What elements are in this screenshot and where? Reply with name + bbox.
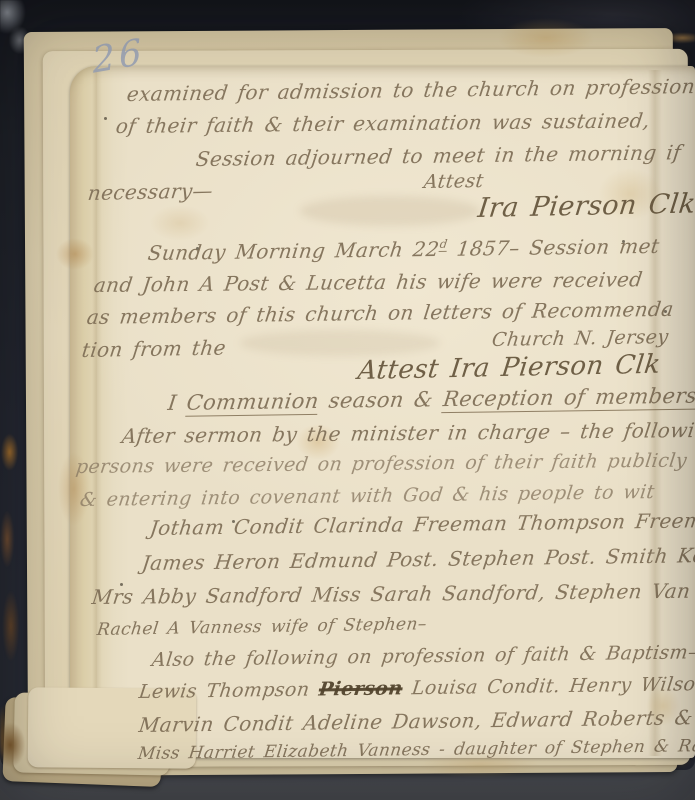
manuscript-line: Attest Ira Pierson Clk — [356, 350, 662, 386]
manuscript-line-part: Pierson — [318, 677, 404, 700]
manuscript-line-part: Louisa Condit. Henry Wilson. Jotham, — [401, 672, 695, 700]
manuscript-line: Ira Pierson Clk — [476, 188, 695, 224]
manuscript-line: & entering into covenant with God & his … — [79, 481, 656, 511]
manuscript-line: Lewis Thompson Pierson Louisa Condit. He… — [138, 672, 695, 703]
manuscript-photo: 26 examined for admission to the church … — [0, 0, 695, 800]
manuscript-line: tion from the — [81, 335, 228, 362]
manuscript-line: Sunday Morning March 22d 1857– Session m… — [146, 234, 661, 265]
manuscript-line: Also the following on profession of fait… — [151, 641, 695, 671]
manuscript-line: Miss Harriet Elizabeth Vanness - daughte… — [137, 736, 695, 764]
manuscript-line-part: Reception of members — [441, 384, 695, 414]
manuscript-line: Attest — [423, 170, 485, 193]
manuscript-line: necessary— — [87, 178, 215, 205]
manuscript-line: persons were received on profession of t… — [75, 449, 695, 478]
manuscript-line-part: Lewis Thompson — [138, 678, 321, 703]
manuscript-line: examined for admission to the church on … — [125, 74, 695, 106]
handwritten-text-layer: examined for admission to the church on … — [0, 0, 695, 800]
manuscript-line: Church N. Jersey — [491, 326, 670, 351]
manuscript-line: I Communion season & Reception of member… — [166, 384, 695, 415]
manuscript-line: of their faith & their examination was s… — [114, 108, 651, 138]
manuscript-line: Mrs Abby Sandford Miss Sarah Sandford, S… — [90, 578, 695, 609]
manuscript-line-part: 1857– Session met — [446, 234, 661, 261]
manuscript-line: Marvin Condit Adeline Dawson, Edward Rob… — [137, 705, 694, 737]
manuscript-line: After sermon by the minister in charge –… — [120, 418, 695, 448]
manuscript-line-part: Communion — [185, 389, 320, 417]
manuscript-line: and John A Post & Lucetta his wife were … — [92, 267, 644, 297]
manuscript-line-part: Sunday Morning March 22 — [146, 237, 440, 265]
manuscript-line-part: season & — [317, 387, 444, 413]
manuscript-line: as members of this church on letters of … — [85, 297, 675, 329]
manuscript-line: Rachel A Vanness wife of Stephen– — [96, 614, 428, 640]
manuscript-line: Jotham Condit Clarinda Freeman Thompson … — [148, 508, 695, 540]
manuscript-line: James Heron Edmund Post. Stephen Post. S… — [140, 542, 695, 575]
manuscript-line: Session adjourned to meet in the morning… — [194, 140, 682, 171]
